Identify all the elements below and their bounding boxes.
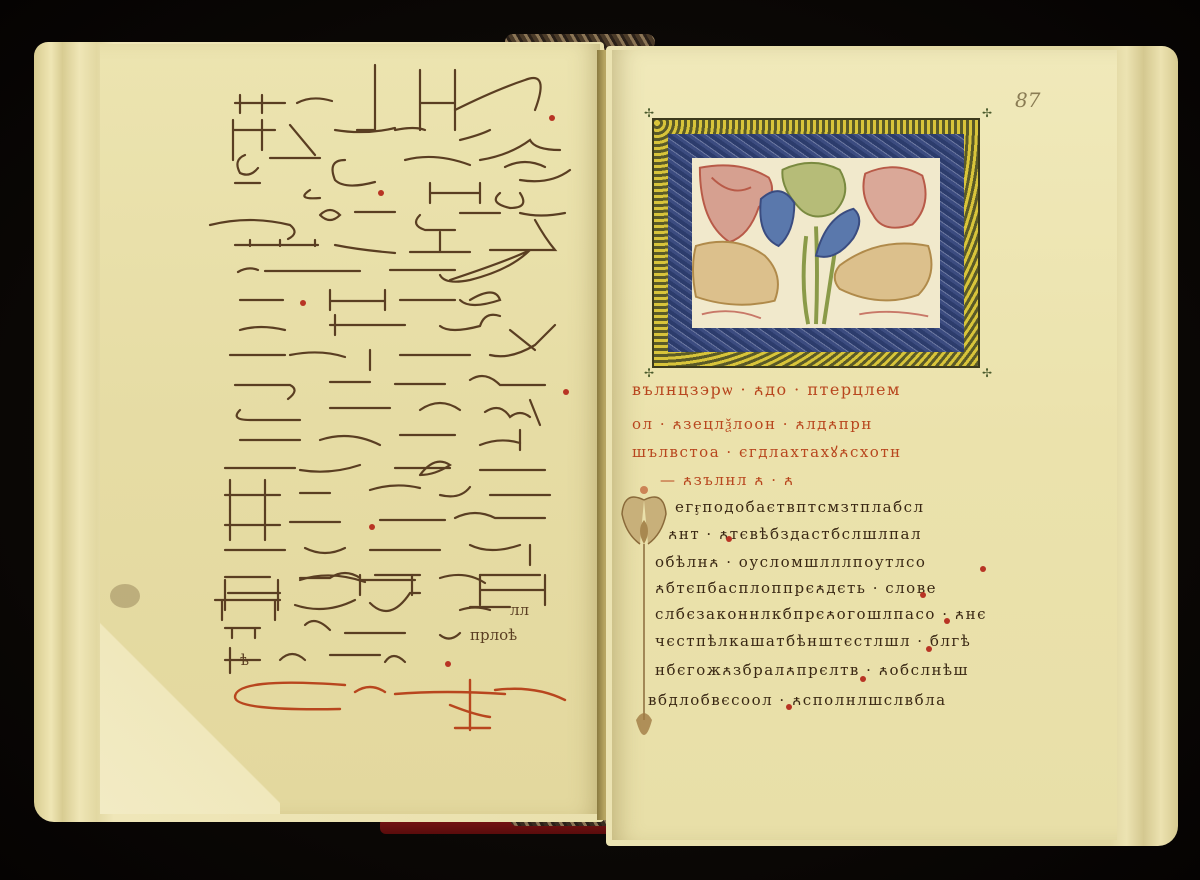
neume-strokes-icon: прлоѣ лл ѣ: [0, 0, 600, 880]
svg-text:прлоѣ: прлоѣ: [470, 626, 517, 644]
illuminated-headpiece: [652, 118, 980, 368]
text-line: ꙉнт · ꙉтєвѣбздастбслшлпал: [668, 524, 986, 544]
text-line: вбдлобвєсоол · ꙉсполнлшслвбла: [648, 690, 985, 710]
text-line: чєстпѣлкашатбѣнштєстлшл · блгѣ: [655, 632, 985, 650]
svg-text:лл: лл: [510, 601, 529, 619]
text-line: ꙉбтєпбасплоппрєꙉдєть · слове: [655, 578, 985, 598]
red-dot: [786, 704, 792, 710]
corner-ornament-icon: ✢: [982, 368, 992, 378]
red-dot: [920, 592, 926, 598]
folio-number: 87: [1015, 88, 1040, 112]
neume-notation: прлоѣ лл ѣ: [0, 0, 600, 880]
text-line: нбєгожꙉзбралꙉпрєлтв · ꙉобслнѣш: [655, 660, 985, 680]
red-dot: [860, 676, 866, 682]
svg-text:ѣ: ѣ: [240, 651, 249, 669]
text-line: обѣлнꙉ · оусломшлллпоутлсо: [655, 552, 985, 572]
rubric-line: — ꙉзълнл ꙉ · ꙉ: [660, 470, 985, 490]
red-dot: [980, 566, 986, 572]
red-dot: [926, 646, 932, 652]
corner-ornament-icon: ✢: [982, 108, 992, 118]
corner-ornament-icon: ✢: [644, 368, 654, 378]
headpiece-field: [692, 158, 940, 328]
corner-ornament-icon: ✢: [644, 108, 654, 118]
text-line: слбєзаконнлкбпрєꙉогошлпасо · ꙉнє: [655, 604, 985, 624]
floral-motif-icon: [692, 158, 940, 328]
red-dot: [944, 618, 950, 624]
rubric-line: ол · ꙉзецлѯлоон · ꙉлдꙉпрн: [632, 414, 987, 434]
rubric-line: вълнцзэрѡ · ꙉдо · птерцлем: [632, 378, 987, 400]
red-dot: [726, 536, 732, 542]
rubric-line: шълвстоа · єгдлахтахꙋꙉсхотн: [632, 442, 987, 462]
text-line: егӻподобаєтвптсмзтплабсл: [675, 498, 987, 517]
marginal-flower-icon: [618, 480, 670, 750]
